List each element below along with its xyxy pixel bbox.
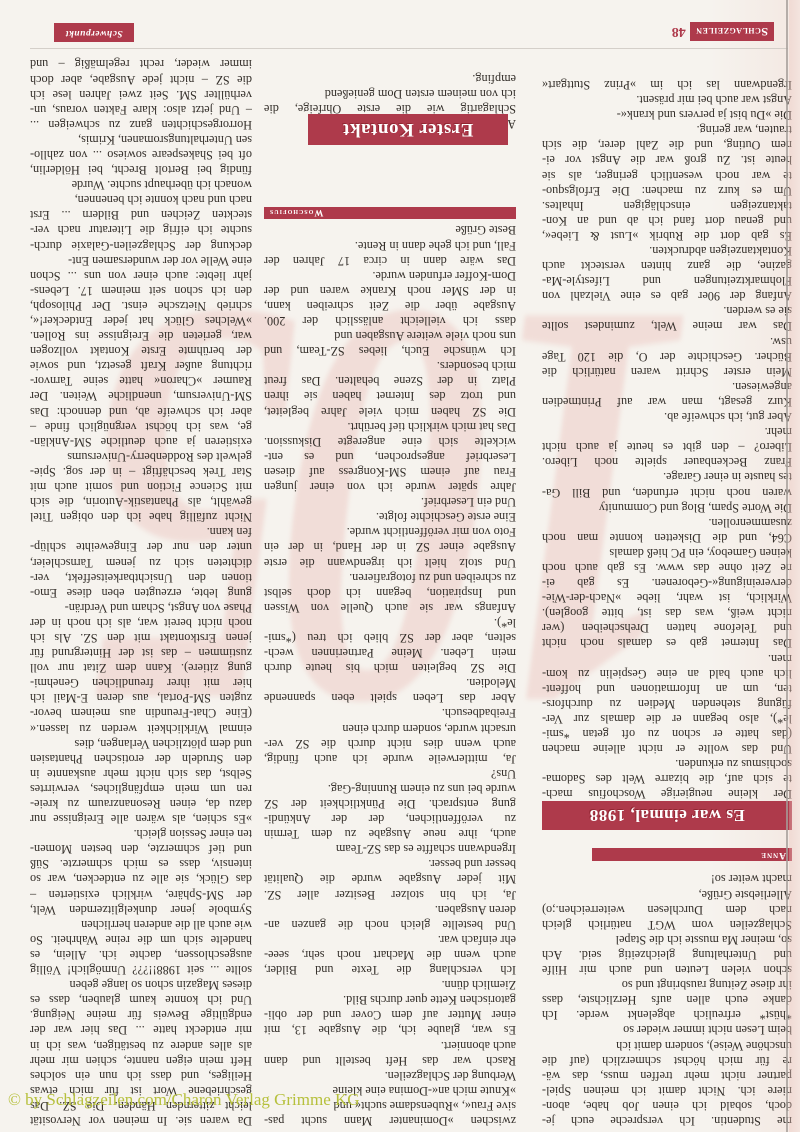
- text-line: dieses Magazin schon so lange geben: [30, 977, 252, 992]
- text-line: schon vielen Leuten und auch mir Hilfe: [542, 962, 792, 977]
- text-line: keinen Gameboy, ein PC hieß damals: [542, 545, 792, 560]
- text-line: noch nicht bereit war, als ich noch in d…: [30, 615, 252, 630]
- text-line: Werbung der Schlagzeilen.: [264, 1068, 516, 1083]
- text-line: und Unterhaltung gleichzeitig seid. Ach: [542, 947, 792, 962]
- text-line: einmal Wirklichkeit werden zu lassen.«: [30, 720, 252, 735]
- scan-edge-line: [786, 0, 788, 1132]
- text-line: le*), also begann er die damals zur Ver-: [542, 711, 792, 726]
- text-line: und Telefone hatten Drehscheiben (wer: [542, 620, 792, 635]
- text-line: dervereinigung«-Geborenen. Es gab ei-: [542, 575, 792, 590]
- text-line: sie es werden.: [542, 303, 792, 318]
- text-line: Das wäre dann in circa 17 Jahren der: [264, 253, 516, 268]
- text-line: ausgeschlossen, dachte ich. Allein, es: [30, 947, 252, 962]
- text-line: aber ich schweife ab, und dennoch: Das: [30, 404, 252, 419]
- magazine-page-scan: 105 Schwerpunkt Schlagzeilen 48 Erster K…: [0, 0, 800, 1132]
- spacer: [542, 830, 792, 848]
- text-line: re für mich höchst schmerzlich (auf die: [542, 1053, 792, 1068]
- text-line: Heiliges, und dass ich nun ein solches: [30, 1068, 252, 1083]
- text-line: als alles andere zu bestätigen, was ich …: [30, 1037, 252, 1052]
- text-line: ne Zeit ohne das www. Es gab auch noch: [542, 560, 792, 575]
- text-line: ich von meinem ersten Dom genießend: [264, 86, 516, 101]
- text-line: mich besonders.: [264, 358, 516, 373]
- text-line: danke euch allen aufs Herzlichste, dass: [542, 992, 792, 1007]
- text-column-left-original: me Studentin. Ich verspreche euch je-doc…: [542, 52, 792, 1128]
- text-line: Die SZ begleiten mich bis heute durch: [264, 660, 516, 675]
- text-line: niere ich. Nicht damit ich meinen Spiel-: [542, 1083, 792, 1098]
- text-line: Das hat mich wirklich tief berührt.: [264, 419, 516, 434]
- text-line: Und bestellte gleich noch die ganzen an-: [264, 917, 516, 932]
- text-line: verhüllter SM. Seit zwei Jahren lese ich: [30, 87, 252, 102]
- text-line: sollte ... seit 1988!!??? Unmöglich! Völ…: [30, 962, 252, 977]
- text-line: unter den nur der Eingeweihte schlüp-: [30, 539, 252, 554]
- text-line: mein Leben. Meine Partnerinnen wech-: [264, 645, 516, 660]
- text-line: hier mit ihrer freundlichen Genehmi-: [30, 675, 252, 690]
- text-line: wurde bei uns zu einem Running-Gag.: [264, 781, 516, 796]
- text-line: gewählt, als Phantastik-Autorin, die sic…: [30, 494, 252, 509]
- text-line: mehr.: [542, 424, 792, 439]
- text-line: ge, was ich höchst vergnüglich finde –: [30, 419, 252, 434]
- text-line: Ausgabe über die Zeit schreiben kann,: [264, 298, 516, 313]
- text-line: Und ich konnte kaum glauben, dass es: [30, 992, 252, 1007]
- text-line: Um es kurz zu machen: Die Erfolgsquo-: [542, 183, 792, 198]
- spacer: [542, 861, 792, 871]
- text-line: *hüst* erfreulich abgelenkt werde. Ich: [542, 1007, 792, 1022]
- text-line: Rasch war das Heft bestellt und dann: [264, 1053, 516, 1068]
- text-line: gung entsprach. Die Pünktlichkeit der SZ: [264, 796, 516, 811]
- text-line: Bücher. Geschichte der O, die 120 Tage: [542, 349, 792, 364]
- text-line: dazu da, einen Resonanzraum zu kreie-: [30, 796, 252, 811]
- footer-rule-line: [30, 48, 788, 49]
- page-header: Schlagzeilen 48: [634, 20, 774, 43]
- text-line: te sich auf, die bizarre Welt des Sadoma…: [542, 771, 792, 786]
- text-line: und tief schmerzte, den besten Momen-: [30, 841, 252, 856]
- text-line: Nicht zufällig habe ich den obigen Titel: [30, 509, 252, 524]
- text-line: fen kann.: [30, 524, 252, 539]
- text-line: Mein erster Schritt waren natürlich die: [542, 364, 792, 379]
- article-banner-es_war_einmal: Es war einmal, 1988: [542, 801, 792, 830]
- text-line: Platz in der Szene behalten. Das freut: [264, 373, 516, 388]
- text-line: ten, um an Informationen und hoffent-: [542, 681, 792, 696]
- text-line: (Eine Chat-Freundin aus meinem bevor-: [30, 705, 252, 720]
- text-line: einer Mutter auf dem Cover und der obli-: [264, 1007, 516, 1022]
- text-line: zusammenrollen.: [542, 515, 792, 530]
- text-line: auch wenn dies nicht durch die SZ ver-: [264, 736, 516, 751]
- text-line: Das Internet gab es damals noch nicht: [542, 635, 792, 650]
- text-line: Anfang der 90er gab es eine Vielzahl von: [542, 288, 792, 303]
- text-line: sochismus zu erkunden.: [542, 756, 792, 771]
- text-line: lich auch bald an eine Gespielin zu kom-: [542, 666, 792, 681]
- text-line: Leserbrief angesprochen, und es ent-: [264, 449, 516, 464]
- text-line: Ja, mittlerweile wurde ich auch fündig,: [264, 751, 516, 766]
- text-line: wie auch all die anderen herrlichen: [30, 917, 252, 932]
- text-line: tionen den Unsichtbarkeitseffekt, ver-: [30, 570, 252, 585]
- text-line: beim Lesen nicht immer wieder so: [542, 1022, 792, 1037]
- text-line: den ich schon seit meinem 17. Lebens-: [30, 283, 252, 298]
- text-column-right-original: Da waren sie. In meinen vor Nervositätle…: [30, 52, 252, 1128]
- text-line: der SM-Sphäre, wirklich existierten –: [30, 887, 252, 902]
- text-line: Uns?: [264, 766, 516, 781]
- text-line: Symbole jener dunkelglitzernden Welt,: [30, 902, 252, 917]
- text-line: Ja, ich bin stolzer Besitzer aller SZ.: [264, 887, 516, 902]
- text-line: doch, sobald ich einen Job habe, abon-: [542, 1098, 792, 1113]
- magazine-logo: Schlagzeilen: [690, 22, 774, 41]
- text-line: Und stolz hielt ich irgendwann die erste: [264, 554, 516, 569]
- text-line: Ich verschlang die Texte und Bilder,: [264, 962, 516, 977]
- text-line: endgültige Beweis für meine Neigung.: [30, 1007, 252, 1022]
- text-line: nicht weiß, was das ist, bitte googlen).: [542, 605, 792, 620]
- text-line: Horrorgeschichten ganz zu schweigen ...: [30, 117, 252, 132]
- text-line: Heft mein eigen nannte, schien mir mehr: [30, 1053, 252, 1068]
- text-line: Und ein Leserbrief.: [264, 494, 516, 509]
- text-line: zugten SM-Portal, aus deren E-Mail ich: [30, 690, 252, 705]
- text-line: mit Science Fiction und somit auch mit: [30, 479, 252, 494]
- text-line: ihr diese Zeitung rausbringt und so: [542, 977, 792, 992]
- text-line: mir entdeckt hatte ... Das hier war der: [30, 1022, 252, 1037]
- text-line: das Glück, sie alle zu entdecken, war so: [30, 871, 252, 886]
- text-line: Das war meine Welt, zumindest sollte: [542, 318, 792, 333]
- text-line: Da waren sie. In meinen vor Nervosität: [30, 1113, 252, 1128]
- text-line: zustimmen – das ist der Hintergrund für: [30, 645, 252, 660]
- text-line: Angst war auch bei mir präsent.: [542, 92, 792, 107]
- text-line: fündig bei Bertolt Brecht, bei Hölderlin…: [30, 162, 252, 177]
- text-line: gazine, die ganz hinten versteckt auch: [542, 258, 792, 273]
- text-line: nem Outing, und die Zahl derer, die sich: [542, 137, 792, 152]
- text-line: jenen Erstkontakt mit den SZ. Als ich: [30, 630, 252, 645]
- section-tag: Schwerpunkt: [54, 23, 134, 42]
- text-line: ten einer Session gleich.: [30, 826, 252, 841]
- text-line: war, gerieten die Ereignisse ins Rollen.: [30, 328, 252, 343]
- scan-edge-shadow: [789, 0, 800, 1132]
- text-line: und dem plötzlichen Verlangen, dies: [30, 736, 252, 751]
- text-line: gung lebte, erzeugten eben diese Emo-: [30, 585, 252, 600]
- text-line: ursacht wurde, sondern durch einen: [264, 720, 516, 735]
- text-line: Kurz gesagt, man war auf Printmedien: [542, 394, 792, 409]
- text-line: gelwelt des Roddenberry-Universums: [30, 449, 252, 464]
- text-line: existieren ja auch deutliche SM-Anklän-: [30, 434, 252, 449]
- text-line: wickelte sich eine angeregte Diskussion.: [264, 434, 516, 449]
- text-line: Aber das Leben spielt eben spannende: [264, 690, 516, 705]
- text-line: fügung stehenden Medien zu durchfors-: [542, 696, 792, 711]
- text-line: zwischen »Dominanter Mann sucht pas-: [264, 1113, 516, 1128]
- text-line: »Welches Glück hat jeder Entdecker!«,: [30, 313, 252, 328]
- text-line: Mit jeder Ausgabe wurde die Qualität: [264, 871, 516, 886]
- spacer: [264, 165, 516, 207]
- text-line: Die »Du bist ja pervers und krank«-: [542, 107, 792, 122]
- text-line: Frau auf einem SM-Kongress auf diesen: [264, 464, 516, 479]
- text-line: sen Unterhaltungsromanen, Krimis,: [30, 132, 252, 147]
- text-line: Ausgabe einer SZ in der Hand, in der ein: [264, 539, 516, 554]
- text-line: Ich wünsche Euch, liebes SZ-Team, und: [264, 343, 516, 358]
- text-line: men.: [542, 650, 792, 665]
- text-line: und Inspiration, begann ich doch selbst: [264, 585, 516, 600]
- page-number: 48: [672, 24, 686, 40]
- text-line: Melodien.: [264, 675, 516, 690]
- text-line: die SZ – nicht jede Ausgabe, aber doch: [30, 71, 252, 86]
- text-line: deckung der Schlagzeilen-Galaxie durch-: [30, 237, 252, 252]
- text-line: deren Ausgaben.: [264, 902, 516, 917]
- text-line: uns noch viele weitere Ausgaben und: [264, 328, 516, 343]
- author-tag-anne: Anne: [592, 848, 792, 861]
- text-line: steckten Zeichen und Bildern ... Erst: [30, 207, 252, 222]
- text-line: le*).: [264, 615, 516, 630]
- text-line: taktanzeigen einschlägigen Inhaltes.: [542, 198, 792, 213]
- text-line: Es war, glaube ich, die Ausgabe 13, mit: [264, 1022, 516, 1037]
- text-line: jahr liebte: auch einer von uns ... Scho…: [30, 268, 252, 283]
- text-line: in der SMer noch Kranke waren und der: [264, 283, 516, 298]
- text-line: intensiv, dass es mich schmerzte. Süß: [30, 856, 252, 871]
- text-line: Freibadbesuch.: [264, 705, 516, 720]
- text-line: und genau dort fand ich ab und an Kon-: [542, 213, 792, 228]
- text-line: schrieb Nietzsche einst. Der Philosoph,: [30, 298, 252, 313]
- text-line: dichteten sich zu jenem Tarnschleier,: [30, 554, 252, 569]
- text-line: und trotz des Internet haben sie ihren: [264, 388, 516, 403]
- text-line: auch wenn die Machart noch sehr, seee-: [264, 947, 516, 962]
- text-line: Selbst, das sich nicht mehr auskannte in: [30, 766, 252, 781]
- text-line: handelte sich um die reine Wahrheit. So: [30, 932, 252, 947]
- text-line: Franz Beckenbauer spielte noch Libero.: [542, 454, 792, 469]
- text-line: – Und jetzt also: klare Fakten voraus, u…: [30, 102, 252, 117]
- text-line: macht weiter so!: [542, 871, 792, 886]
- text-line: unschöne Weise), sondern damit ich: [542, 1037, 792, 1052]
- text-line: Beste Grüße: [264, 222, 516, 237]
- text-line: partner nicht mehr treffen muss, das wä-: [542, 1068, 792, 1083]
- text-column-middle-original: zwischen »Dominanter Mann sucht pas-sive…: [264, 52, 516, 1128]
- text-line: Es gab dort die Rubrik »Lust & Liebe«,: [542, 228, 792, 243]
- text-line: Anfangs war sie auch Quelle von Wissen: [264, 600, 516, 615]
- text-line: Schlagzeilen vom WGT natürlich gleich: [542, 917, 792, 932]
- text-line: Die SZ haben mich viele Jahre begleitet,: [264, 404, 516, 419]
- text-line: ehr einfach war.: [264, 932, 516, 947]
- text-line: eine Welle vor der wundersamen Ent-: [30, 253, 252, 268]
- text-line: Fall, und ich gehe dann in Rente.: [264, 237, 516, 252]
- text-line: besser und besser.: [264, 856, 516, 871]
- text-line: nach und nach konnte ich benennen,: [30, 192, 252, 207]
- copyright-overlay: © by Schlagzeilen.com/Charon Verlag Grim…: [8, 1090, 360, 1110]
- text-line: waren noch nicht erfunden, und Bill Ga-: [542, 484, 792, 499]
- text-line: suchte ich eifrig die Literatur nach ver…: [30, 222, 252, 237]
- text-line: Star Trek beschäftigt – in der sog. Spie…: [30, 464, 252, 479]
- text-line: Wirklich, ist wahr, liebe »Nach-der-Wie-: [542, 590, 792, 605]
- text-line: Irgendwann las ich im »Prinz Stuttgart«: [542, 77, 792, 92]
- text-line: wonach ich überhaupt suchte. Wurde: [30, 177, 252, 192]
- text-line: angewiesen.: [542, 379, 792, 394]
- text-line: Der kleine neugierige Woschofius mach-: [542, 786, 792, 801]
- text-line: Aber gut, ich schweife ab.: [542, 409, 792, 424]
- text-line: der berühmte Erste Kontakt vollzogen: [30, 343, 252, 358]
- text-line: oft bei Shakespeare sowieso ... von zahl…: [30, 147, 252, 162]
- text-line: tes hauste in einer Garage.: [542, 469, 792, 484]
- text-line: Ziemlich dünn.: [264, 977, 516, 992]
- text-line: so, meiner Ma musste ich die Stapel: [542, 932, 792, 947]
- text-line: me Studentin. Ich verspreche euch je-: [542, 1113, 792, 1128]
- text-line: usw.: [542, 334, 792, 349]
- text-line: »Es schien, als wären alle Ereignisse nu…: [30, 811, 252, 826]
- text-line: den Strudeln der erotischen Phantasien: [30, 751, 252, 766]
- text-line: Jahre später wurde ich von einer jungen: [264, 479, 516, 494]
- text-line: Flohmarktzeitungen und Lifestyle-Ma-: [542, 273, 792, 288]
- text-line: Allerliebste Grüße,: [542, 887, 792, 902]
- text-line: ren um mein empfängliches, verwirrtes: [30, 781, 252, 796]
- text-line: Und das wollte er nicht alleine machen: [542, 741, 792, 756]
- text-line: C64, und die Disketten konnte man noch: [542, 530, 792, 545]
- text-line: Dom-Koffer erfunden wurde.: [264, 268, 516, 283]
- text-line: Foto von mir veröffentlicht wurde.: [264, 524, 516, 539]
- text-line: richtung außer Kraft gesetzt, und sowie: [30, 358, 252, 373]
- text-line: Phase von Angst, Scham und Verdrän-: [30, 600, 252, 615]
- text-line: gung zitiere). Kann dem Zitat nur voll: [30, 660, 252, 675]
- article-banner-erster-kontakt: Erster Kontakt: [308, 114, 508, 145]
- author-tag-woschofius: Woschofius: [264, 207, 516, 219]
- text-line: selten, aber der SZ blieb ich treu (*smi…: [264, 630, 516, 645]
- text-line: zu veröffentlichen, der der Ankündi-: [264, 811, 516, 826]
- text-line: (das hatte er schon zu oft getan *smi-: [542, 726, 792, 741]
- text-line: trauten, war gering.: [542, 122, 792, 137]
- text-line: te war noch wesentlich geringer, als sie: [542, 167, 792, 182]
- text-line: zu schreiben und zu fotografieren.: [264, 570, 516, 585]
- text-line: Kontaktanzeigen abdruckten.: [542, 243, 792, 258]
- text-line: Libero? – den gibt es heute ja auch nich…: [542, 439, 792, 454]
- text-line: dass ich vielleicht anlässlich der 200.: [264, 313, 516, 328]
- text-line: nach dem Durchlesen weiterreichen.;o): [542, 902, 792, 917]
- text-line: Eine erste Geschichte folgte.: [264, 509, 516, 524]
- text-line: immer wieder, recht regelmäßig – und: [30, 56, 252, 71]
- text-line: empfing.: [264, 71, 516, 86]
- text-line: Raumer »Charon« hatte seine Tarnvor-: [30, 373, 252, 388]
- text-line: heute ist. Zu groß war die Angst vor ei-: [542, 152, 792, 167]
- text-line: Die Worte Spam, Blog und Community: [542, 500, 792, 515]
- text-line: auch, ihre neue Ausgabe zu dem Termin: [264, 826, 516, 841]
- text-line: SM-Universum, unendliche Weiten. Der: [30, 388, 252, 403]
- text-line: gatorischen Kette quer durchs Bild.: [264, 992, 516, 1007]
- text-line: auch abonniert.: [264, 1037, 516, 1052]
- text-line: Irgendwann schaffte es das SZ-Team: [264, 841, 516, 856]
